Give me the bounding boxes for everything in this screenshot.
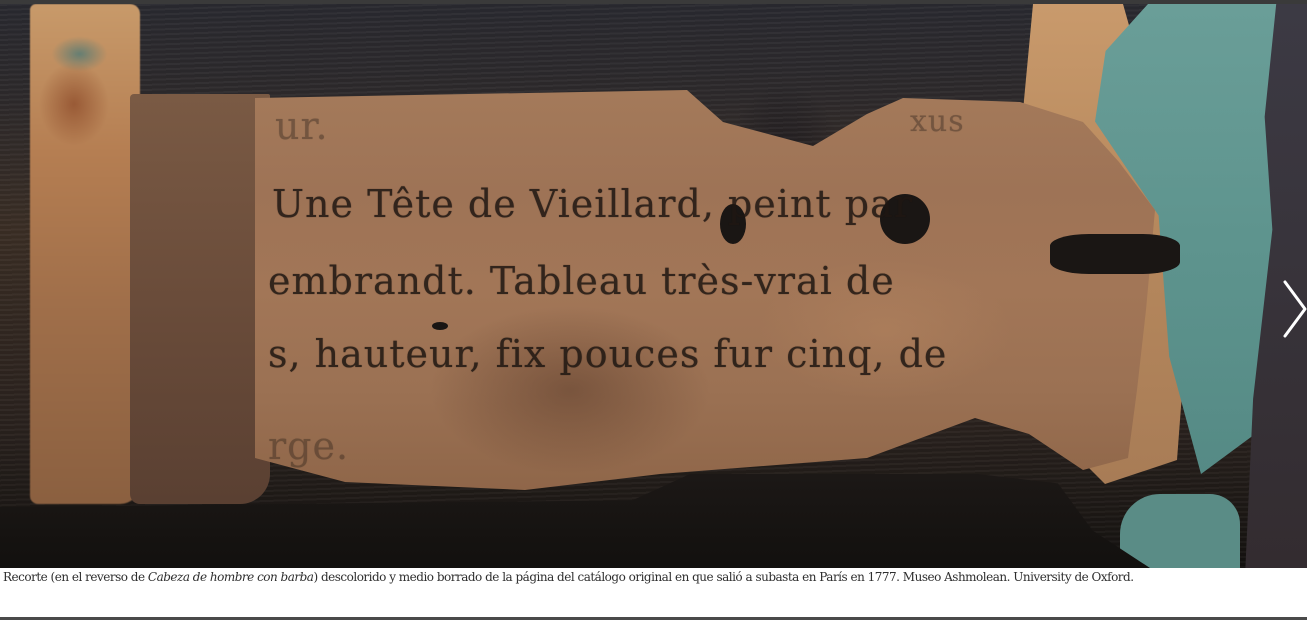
image-caption: Recorte (en el reverso de Cabeza de homb… — [0, 569, 1300, 617]
teal-paper-bottom — [1120, 494, 1240, 568]
artwork-photo: ur. xus Une Tête de Vieillard, peint par… — [0, 4, 1307, 568]
printed-line-3: s, hauteur, fix pouces fur cinq, de — [268, 332, 947, 376]
paper-hole — [432, 322, 448, 330]
printed-top-right: xus — [910, 104, 965, 139]
chevron-right-icon[interactable] — [1283, 278, 1307, 340]
paper-tear — [1050, 234, 1180, 274]
printed-line-2: embrandt. Tableau très-vrai de — [268, 259, 895, 303]
printed-line-1: Une Tête de Vieillard, peint par — [272, 182, 913, 226]
printed-line-4: rge. — [268, 424, 349, 468]
caption-artwork-title: Cabeza de hombre con barba — [148, 570, 314, 584]
printed-line-0: ur. — [275, 104, 329, 148]
caption-prefix: Recorte (en el reverso de — [3, 570, 148, 584]
left-paper-strip — [30, 4, 140, 504]
caption-suffix: ) descolorido y medio borrado de la pági… — [313, 570, 1133, 584]
left-dark-paper-strip — [130, 94, 270, 504]
